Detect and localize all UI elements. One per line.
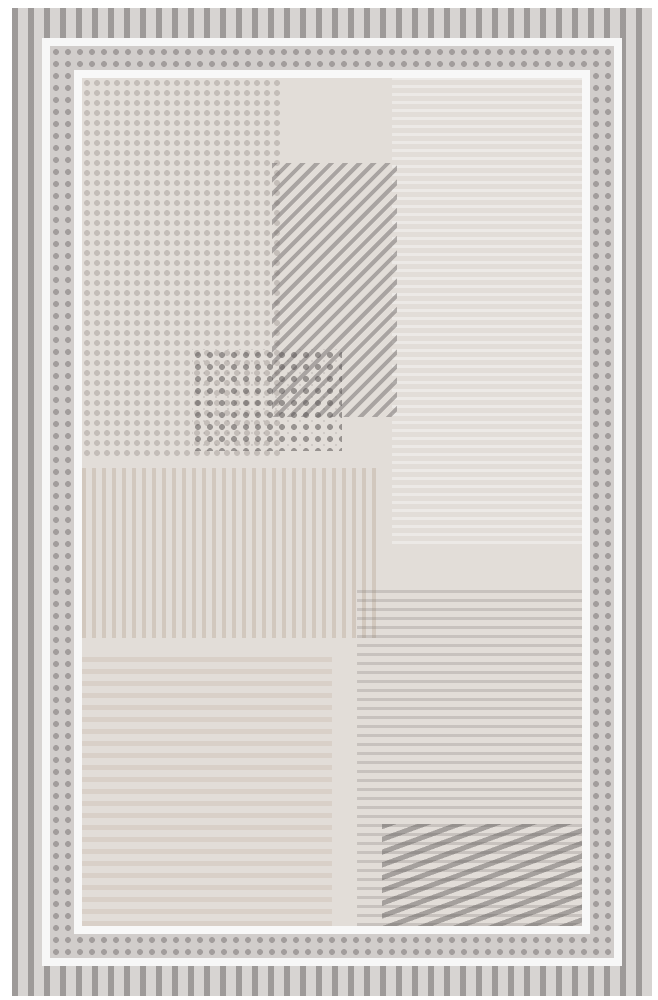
rug-patch-stripes-light xyxy=(392,78,582,544)
rug-patch-waves xyxy=(82,655,332,926)
rug xyxy=(12,8,652,996)
rug-patch-circles xyxy=(192,349,342,451)
rug-patch-dashes xyxy=(382,824,582,926)
rug-patch-vertical-stripes xyxy=(82,468,382,638)
rug-field xyxy=(82,78,582,926)
